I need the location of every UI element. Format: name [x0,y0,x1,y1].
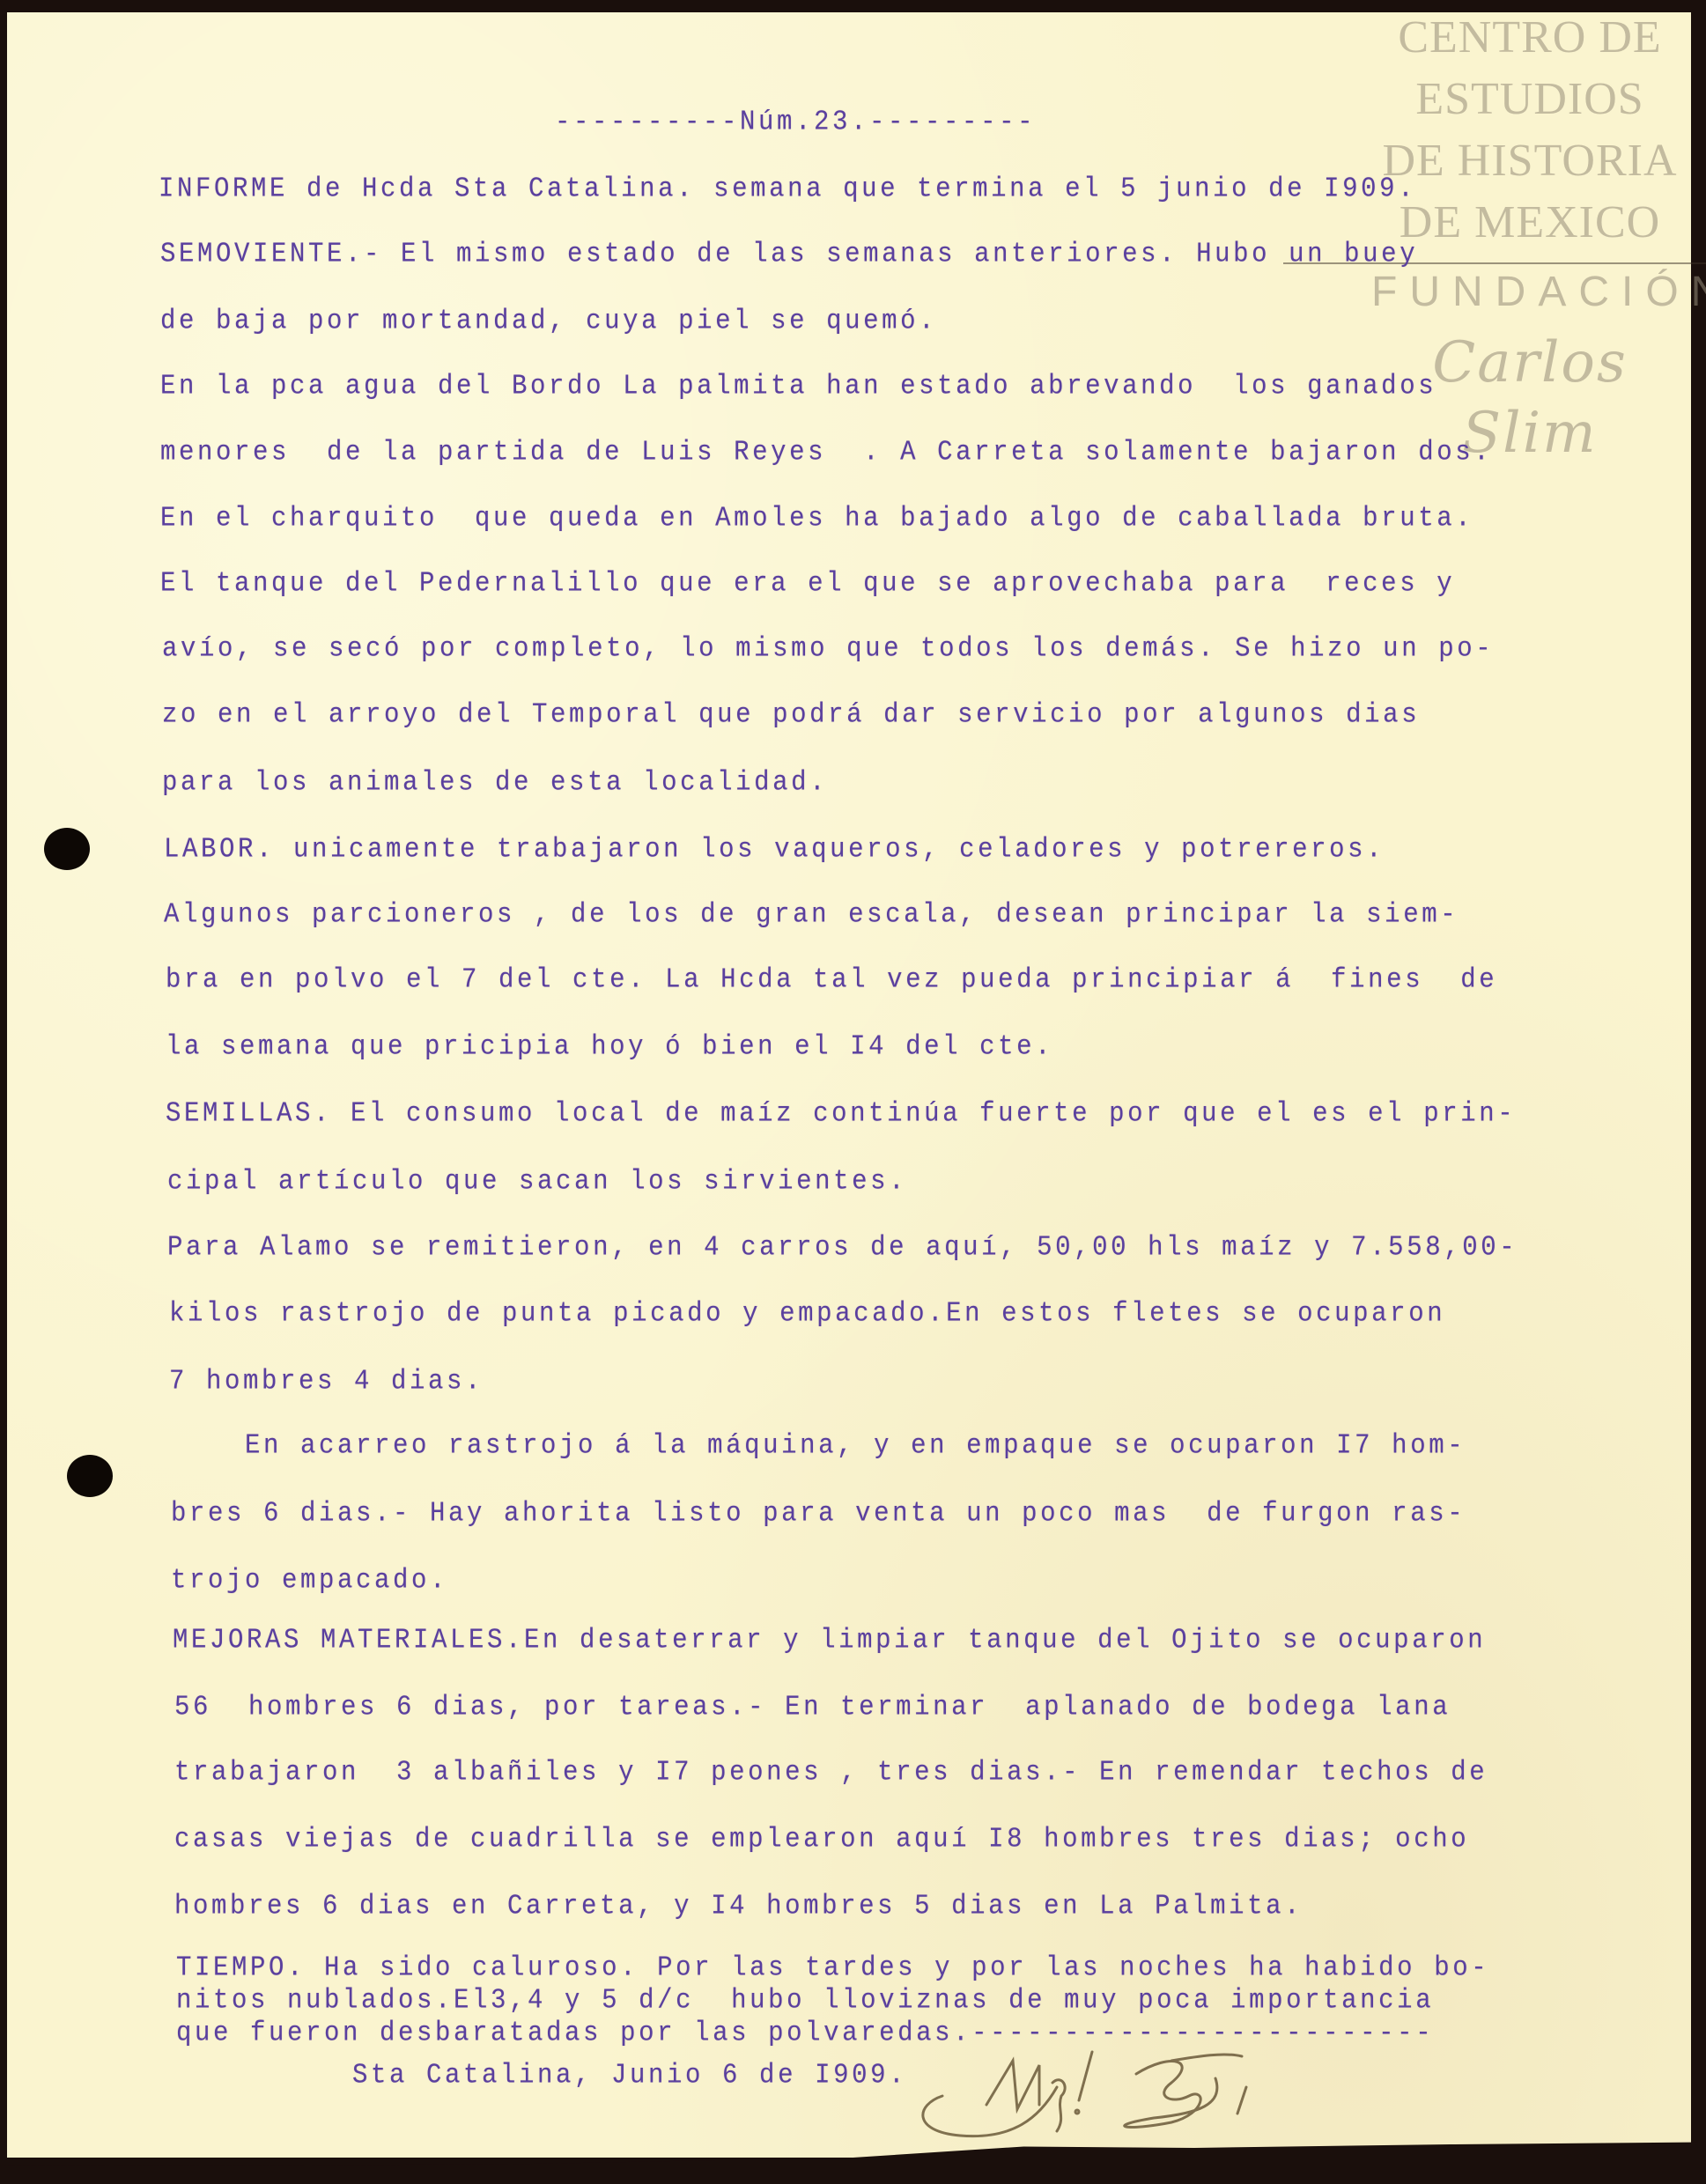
text-line: INFORME de Hcda Sta Catalina. semana que… [159,173,1416,205]
text-line: En el charquito que queda en Amoles ha b… [160,503,1473,535]
text-line: Para Alamo se remitieron, en 4 carros de… [167,1232,1518,1264]
text-line: En la pca agua del Bordo La palmita han … [160,371,1436,402]
text-line: trojo empacado. [171,1565,448,1597]
text-line: nitos nublados.El3,4 y 5 d/c hubo lloviz… [176,1985,1434,2017]
text-line: kilos rastrojo de punta picado y empacad… [169,1298,1445,1330]
text-line: 7 hombres 4 dias. [169,1366,484,1398]
text-line: SEMILLAS. El consumo local de maíz conti… [166,1098,1516,1130]
text-line: hombres 6 dias en Carreta, y I4 hombres … [174,1891,1303,1922]
text-line: TIEMPO. Ha sido caluroso. Por las tardes… [176,1952,1489,1984]
text-line: casas viejas de cuadrilla se emplearon a… [174,1824,1469,1856]
text-line: para los animales de esta localidad. [162,767,828,799]
text-line: menores de la partida de Luis Reyes . A … [160,437,1492,469]
text-line: trabajaron 3 albañiles y I7 peones , tre… [174,1757,1488,1789]
text-line: LABOR. unicamente trabajaron los vaquero… [164,834,1385,866]
handwritten-signature: Migl. Soto [907,2034,1400,2140]
text-line: 56 hombres 6 dias, por tareas.- En termi… [174,1692,1451,1723]
text-line: En acarreo rastrojo á la máquina, y en e… [171,1430,1466,1462]
text-line: bra en polvo el 7 del cte. La Hcda tal v… [166,964,1497,996]
text-line: la semana que pricipia hoy ó bien el I4 … [166,1031,1053,1063]
document-number: ----------Núm.23.--------- [555,107,1036,138]
text-line: zo en el arroyo del Temporal que podrá d… [162,699,1420,731]
punch-hole-icon [67,1455,113,1497]
text-line: Algunos parcioneros , de los de gran esc… [164,899,1459,931]
closing-date: Sta Catalina, Junio 6 de I909. [352,2060,907,2092]
text-line: MEJORAS MATERIALES.En desaterrar y limpi… [173,1625,1486,1656]
text-line: cipal artículo que sacan los sirvientes. [167,1166,907,1198]
text-line: SEMOVIENTE.- El mismo estado de las sema… [160,239,1418,270]
text-line: de baja por mortandad, cuya piel se quem… [160,306,937,337]
text-line: avío, se secó por completo, lo mismo que… [162,633,1494,665]
text-line: El tanque del Pedernalillo que era el qu… [160,568,1455,600]
text-line: bres 6 dias.- Hay ahorita listo para ven… [171,1498,1466,1530]
punch-hole-icon [44,828,90,870]
